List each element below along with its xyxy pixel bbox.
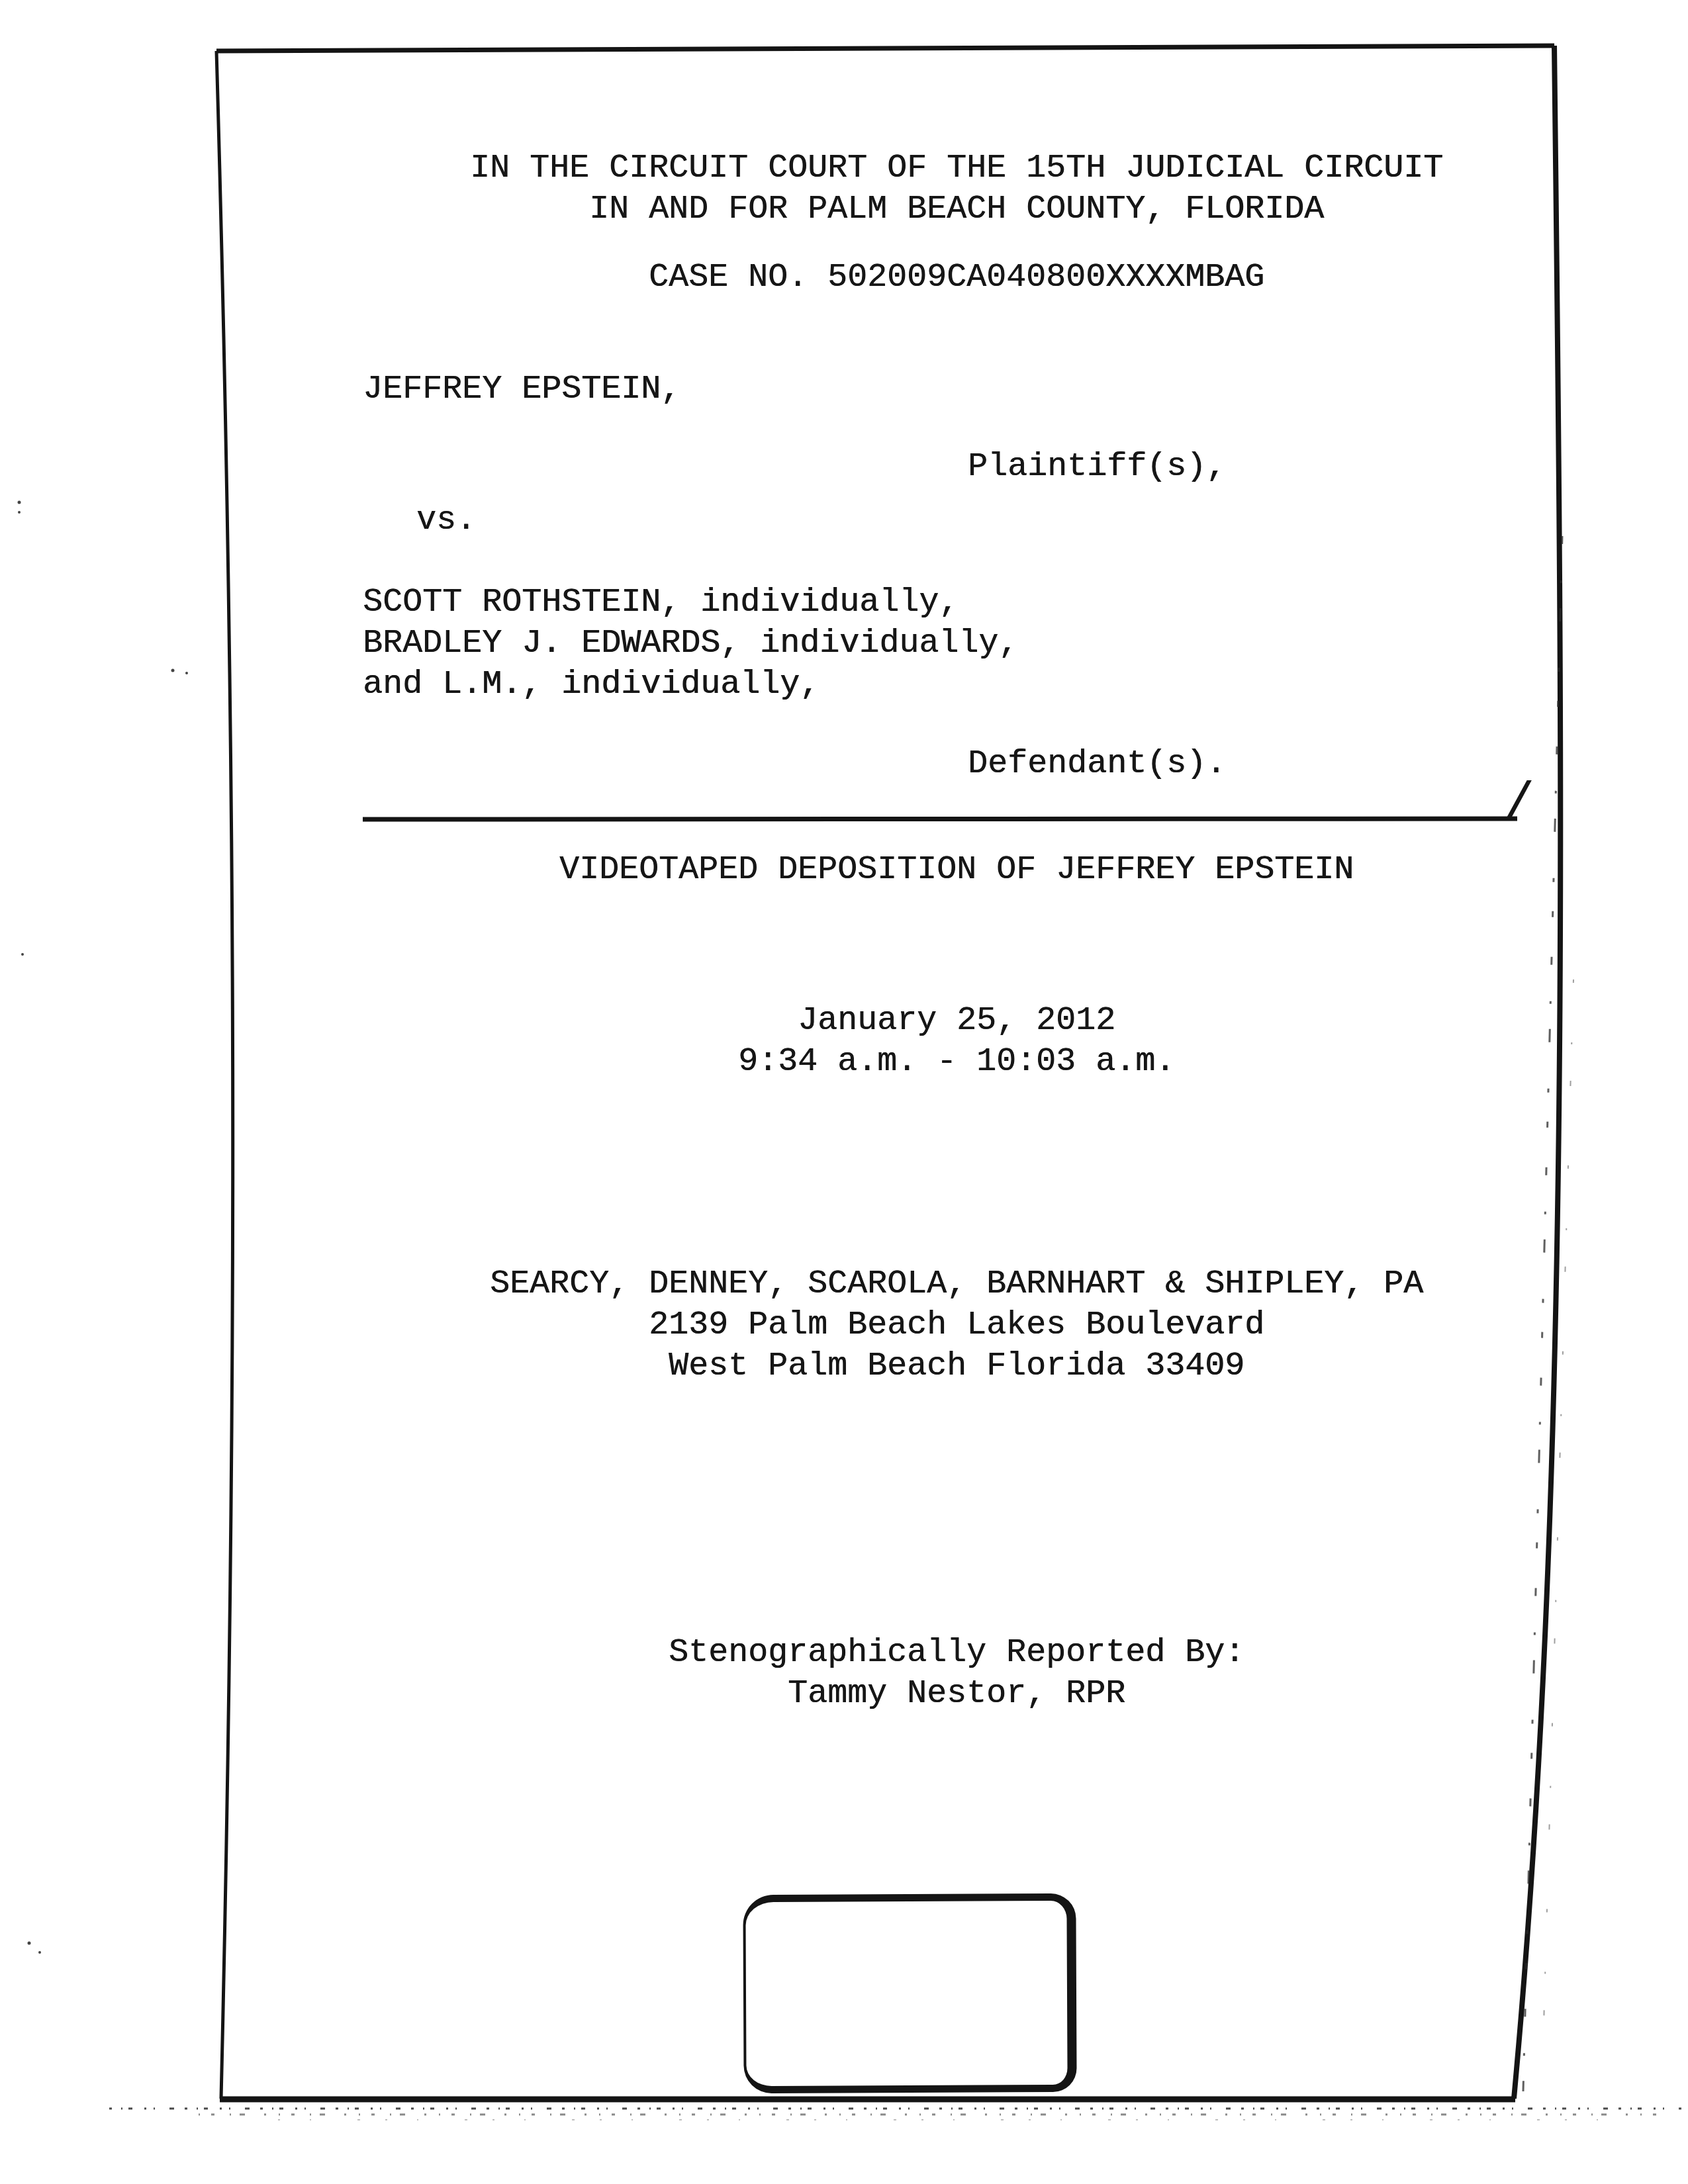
reporter-label: Stenographically Reported By: bbox=[295, 1633, 1618, 1674]
defendant-designation: Defendant(s). bbox=[968, 744, 1226, 785]
scanned-deposition-cover-page: IN THE CIRCUIT COURT OF THE 15TH JUDICIA… bbox=[0, 0, 1688, 2184]
speck bbox=[171, 669, 175, 672]
court-name-line-2: IN AND FOR PALM BEACH COUNTY, FLORIDA bbox=[295, 189, 1618, 230]
defendant-name-line: BRADLEY J. EDWARDS, individually, bbox=[363, 623, 1018, 664]
location-street-address: 2139 Palm Beach Lakes Boulevard bbox=[295, 1305, 1618, 1346]
scan-artifacts-layer bbox=[0, 0, 1688, 2184]
case-number: CASE NO. 502009CA040800XXXXMBAG bbox=[295, 257, 1618, 298]
caption-end-slash: / bbox=[1504, 776, 1534, 831]
plaintiff-designation: Plaintiff(s), bbox=[968, 447, 1226, 488]
location-city-state-zip: West Palm Beach Florida 33409 bbox=[295, 1346, 1618, 1387]
deposition-date: January 25, 2012 bbox=[295, 1001, 1618, 1042]
speck bbox=[28, 1942, 31, 1945]
page-border-left bbox=[216, 51, 233, 2099]
court-name-line-1: IN THE CIRCUIT COURT OF THE 15TH JUDICIA… bbox=[295, 148, 1618, 189]
page-border-top bbox=[216, 46, 1554, 51]
stray-scan-specks bbox=[18, 501, 189, 1954]
deposition-time: 9:34 a.m. - 10:03 a.m. bbox=[295, 1042, 1618, 1083]
defendant-name-line: and L.M., individually, bbox=[363, 664, 820, 705]
speck bbox=[21, 953, 24, 956]
speck bbox=[18, 501, 21, 504]
versus-label: vs. bbox=[416, 500, 476, 541]
speck bbox=[38, 1951, 41, 1954]
plaintiff-name: JEFFREY EPSTEIN, bbox=[363, 369, 680, 410]
defendant-name-line: SCOTT ROTHSTEIN, individually, bbox=[363, 582, 959, 623]
right-edge-noise-line-2 bbox=[1544, 979, 1573, 2025]
exhibit-stamp-box bbox=[743, 1893, 1076, 2093]
speck bbox=[18, 511, 21, 514]
deposition-title: VIDEOTAPED DEPOSITION OF JEFFREY EPSTEIN bbox=[295, 850, 1618, 891]
caption-separator-line bbox=[363, 819, 1517, 819]
speck bbox=[185, 672, 188, 674]
location-firm-name: SEARCY, DENNEY, SCAROLA, BARNHART & SHIP… bbox=[295, 1264, 1618, 1305]
reporter-name: Tammy Nestor, RPR bbox=[295, 1674, 1618, 1715]
